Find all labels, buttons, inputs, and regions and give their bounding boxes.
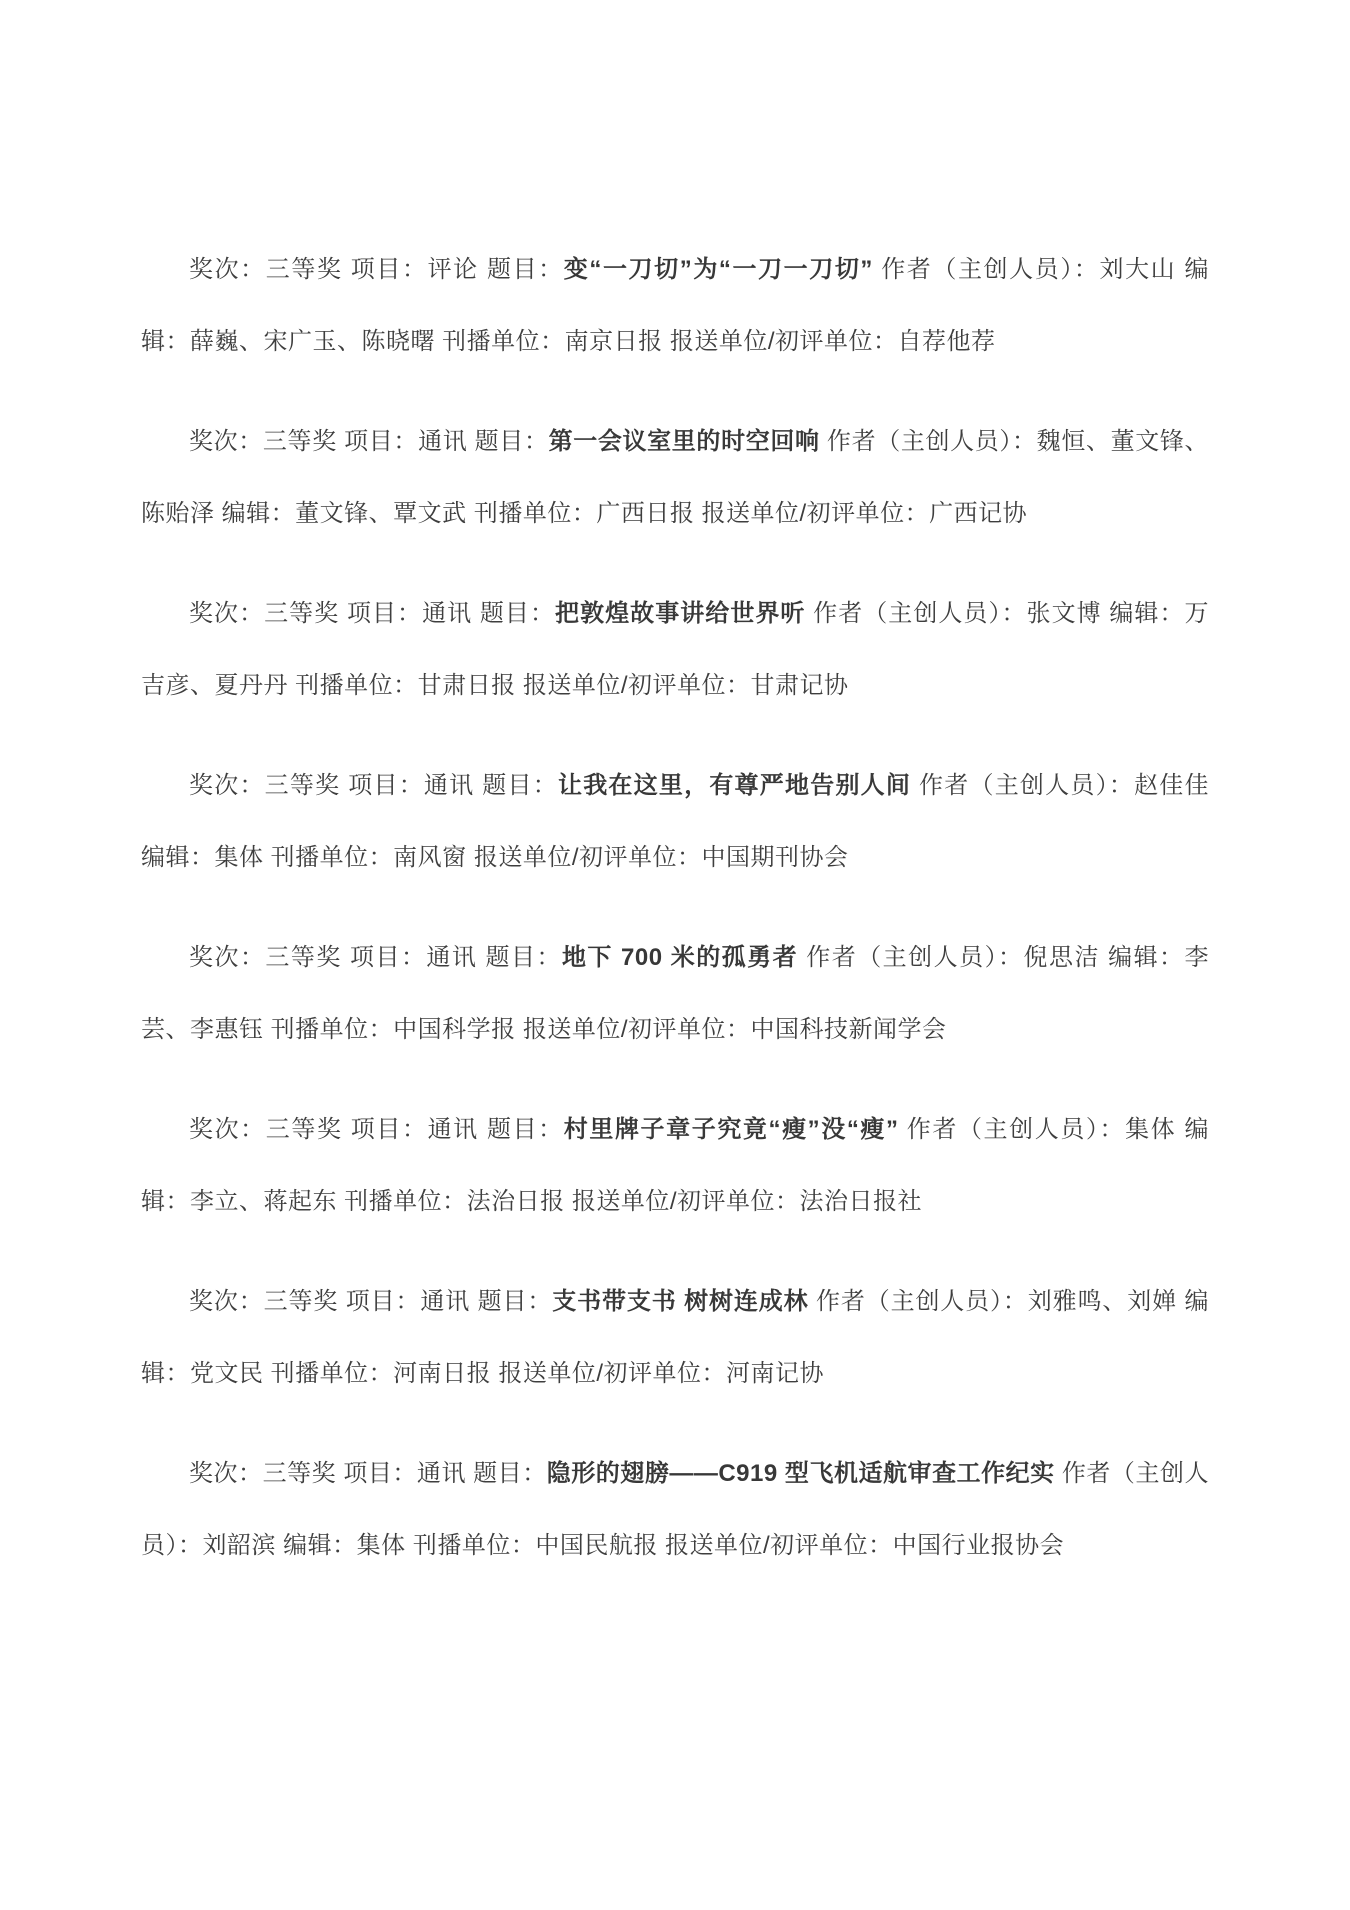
author-field: 作者（主创人员）：倪思洁	[798, 944, 1108, 971]
author-field: 作者（主创人员）：赵佳佳	[911, 772, 1209, 799]
award-field: 奖次：三等奖	[189, 256, 351, 283]
award-entry: 奖次：三等奖 项目：评论 题目：变“一刀切”为“一刀一刀切” 作者（主创人员）：…	[141, 234, 1209, 378]
author-field: 作者（主创人员）：集体	[899, 1116, 1185, 1143]
publisher-field: 刊播单位：河南日报	[271, 1360, 499, 1387]
award-list: 奖次：三等奖 项目：评论 题目：变“一刀切”为“一刀一刀切” 作者（主创人员）：…	[141, 234, 1209, 1610]
title-label: 题目：	[486, 944, 562, 971]
award-field: 奖次：三等奖	[189, 772, 348, 799]
submitter-field: 报送单位/初评单位：甘肃记协	[523, 672, 849, 699]
title-label: 题目：	[482, 772, 558, 799]
category-field: 项目：通讯	[343, 1460, 473, 1487]
award-entry: 奖次：三等奖 项目：通讯 题目：把敦煌故事讲给世界听 作者（主创人员）：张文博 …	[141, 578, 1209, 722]
title-label: 题目：	[487, 256, 564, 283]
title-label: 题目：	[487, 1116, 564, 1143]
category-field: 项目：通讯	[348, 772, 482, 799]
editor-field: 编辑：集体	[283, 1532, 413, 1559]
publisher-field: 刊播单位：法治日报	[344, 1188, 572, 1215]
submitter-field: 报送单位/初评单位：河南记协	[498, 1360, 824, 1387]
author-field: 作者（主创人员）：张文博	[805, 600, 1109, 627]
entry-title: 把敦煌故事讲给世界听	[555, 600, 805, 627]
publisher-field: 刊播单位：南京日报	[442, 328, 670, 355]
title-label: 题目：	[473, 1460, 547, 1487]
editor-field: 编辑：集体	[141, 844, 271, 871]
submitter-field: 报送单位/初评单位：法治日报社	[572, 1188, 922, 1215]
entry-title: 支书带支书 树树连成林	[552, 1288, 808, 1315]
author-field: 作者（主创人员）：刘大山	[873, 256, 1185, 283]
category-field: 项目：评论	[351, 256, 487, 283]
editor-field: 编辑：董文锋、覃文武	[222, 500, 474, 527]
award-field: 奖次：三等奖	[189, 428, 344, 455]
category-field: 项目：通讯	[350, 944, 486, 971]
award-field: 奖次：三等奖	[189, 1116, 351, 1143]
award-field: 奖次：三等奖	[189, 944, 350, 971]
entry-title: 地下 700 米的孤勇者	[562, 944, 798, 971]
award-entry: 奖次：三等奖 项目：通讯 题目：村里牌子章子究竟“瘦”没“瘦” 作者（主创人员）…	[141, 1094, 1209, 1238]
document-page: 奖次：三等奖 项目：评论 题目：变“一刀切”为“一刀一刀切” 作者（主创人员）：…	[0, 0, 1350, 1910]
category-field: 项目：通讯	[347, 600, 480, 627]
category-field: 项目：通讯	[351, 1116, 487, 1143]
award-field: 奖次：三等奖	[189, 1288, 346, 1315]
award-entry: 奖次：三等奖 项目：通讯 题目：第一会议室里的时空回响 作者（主创人员）：魏恒、…	[141, 406, 1209, 550]
submitter-field: 报送单位/初评单位：中国科技新闻学会	[523, 1016, 947, 1043]
submitter-field: 报送单位/初评单位：自荐他荐	[670, 328, 996, 355]
publisher-field: 刊播单位：中国民航报	[413, 1532, 665, 1559]
title-label: 题目：	[475, 428, 549, 455]
title-label: 题目：	[478, 1288, 553, 1315]
award-entry: 奖次：三等奖 项目：通讯 题目：隐形的翅膀——C919 型飞机适航审查工作纪实 …	[141, 1438, 1209, 1582]
title-label: 题目：	[480, 600, 555, 627]
submitter-field: 报送单位/初评单位：广西记协	[702, 500, 1028, 527]
submitter-field: 报送单位/初评单位：中国期刊协会	[474, 844, 849, 871]
author-field: 作者（主创人员）：刘雅鸣、刘婵	[808, 1288, 1184, 1315]
publisher-field: 刊播单位：南风窗	[271, 844, 474, 871]
category-field: 项目：通讯	[346, 1288, 478, 1315]
entry-title: 变“一刀切”为“一刀一刀切”	[564, 256, 873, 283]
category-field: 项目：通讯	[344, 428, 475, 455]
publisher-field: 刊播单位：中国科学报	[271, 1016, 523, 1043]
award-entry: 奖次：三等奖 项目：通讯 题目：地下 700 米的孤勇者 作者（主创人员）：倪思…	[141, 922, 1209, 1066]
submitter-field: 报送单位/初评单位：中国行业报协会	[665, 1532, 1064, 1559]
entry-title: 让我在这里，有尊严地告别人间	[558, 772, 911, 799]
award-field: 奖次：三等奖	[189, 1460, 343, 1487]
entry-title: 村里牌子章子究竟“瘦”没“瘦”	[564, 1116, 899, 1143]
award-field: 奖次：三等奖	[189, 600, 347, 627]
entry-title: 第一会议室里的时空回响	[549, 428, 820, 455]
entry-title: 隐形的翅膀——C919 型飞机适航审查工作纪实	[547, 1460, 1055, 1487]
award-entry: 奖次：三等奖 项目：通讯 题目：让我在这里，有尊严地告别人间 作者（主创人员）：…	[141, 750, 1209, 894]
publisher-field: 刊播单位：甘肃日报	[295, 672, 523, 699]
award-entry: 奖次：三等奖 项目：通讯 题目：支书带支书 树树连成林 作者（主创人员）：刘雅鸣…	[141, 1266, 1209, 1410]
publisher-field: 刊播单位：广西日报	[474, 500, 702, 527]
